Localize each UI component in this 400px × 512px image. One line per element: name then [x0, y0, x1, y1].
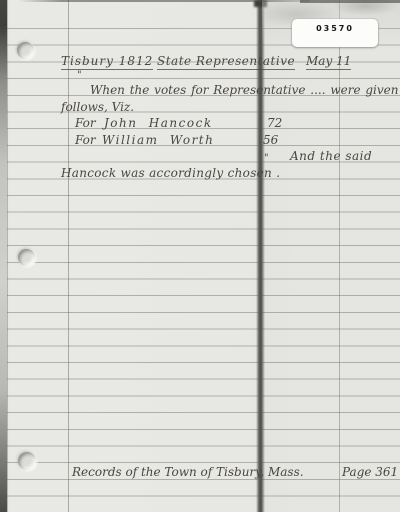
- top-edge-shadow: [18, 0, 310, 2]
- scanned-page: 03570 Tisbury 1812 State Representative …: [0, 0, 400, 512]
- ruled-lines: [0, 28, 400, 512]
- punch-hole-top: [17, 42, 34, 59]
- entry-line-1: When the votes for Representative .... w…: [90, 84, 400, 97]
- entry-line-2: follows, Viz.: [61, 101, 134, 114]
- heading-date: May 11: [306, 55, 351, 70]
- center-fold-shadow: [256, 0, 265, 512]
- vote-candidate-name: John Hancock: [104, 117, 213, 130]
- vote-candidate-name: William Worth: [102, 134, 214, 147]
- vote-for-label: For: [75, 134, 96, 147]
- footer-citation: Records of the Town of Tisbury, Mass.: [72, 466, 304, 479]
- heading-town-year: Tisbury 1812: [61, 55, 153, 70]
- close-quote-mark: ": [264, 152, 269, 165]
- vote-for-label: For: [75, 117, 96, 130]
- vote-count: 56: [263, 134, 278, 147]
- top-right-edge-shadow: [300, 0, 400, 3]
- right-rule-line: [339, 0, 340, 512]
- catalog-number: 03570: [292, 19, 378, 33]
- open-quote-mark: ": [77, 69, 82, 82]
- catalog-label: 03570: [292, 19, 378, 47]
- punch-hole-bottom: [18, 452, 36, 470]
- heading-office: State Representative: [157, 55, 295, 70]
- punch-hole-middle: [18, 249, 35, 266]
- footer-page-number: Page 361: [342, 466, 398, 479]
- left-edge-shadow: [0, 0, 7, 512]
- entry-aside: And the said: [290, 150, 372, 163]
- paper-left-edge: [7, 0, 8, 512]
- vote-count: 72: [267, 117, 282, 130]
- margin-rule-line: [68, 0, 69, 512]
- entry-line-3: Hancock was accordingly chosen .: [61, 167, 280, 180]
